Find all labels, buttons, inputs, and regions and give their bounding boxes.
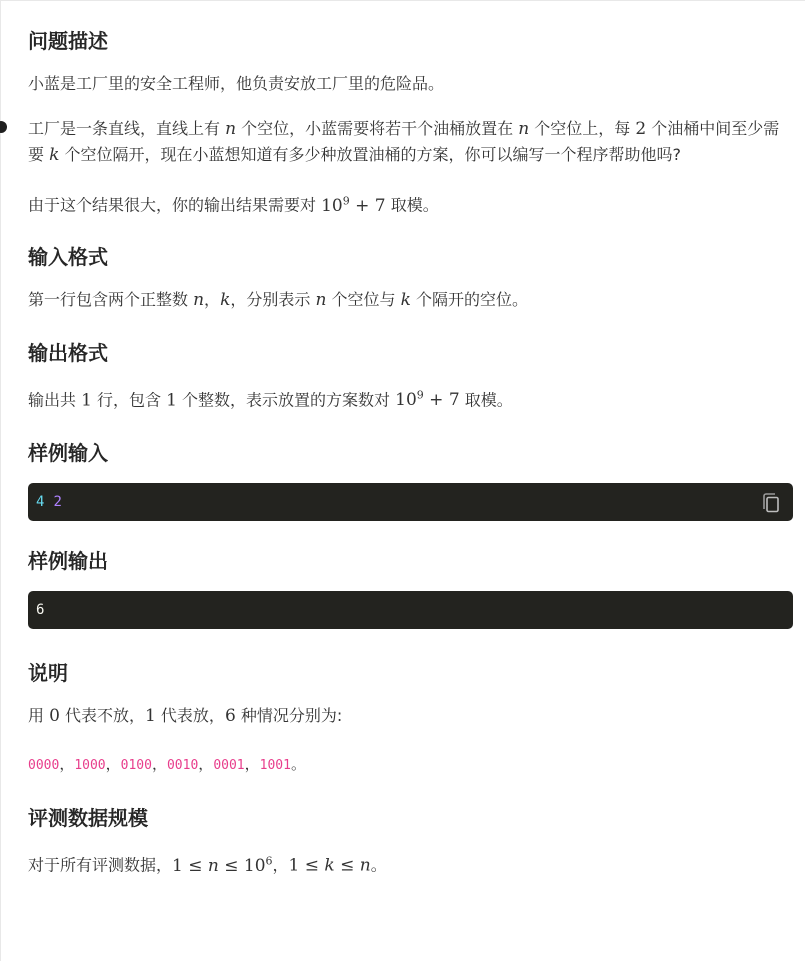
math-var: k [220,290,230,310]
output-format-paragraph: 输出共 1 行，包含 1 个整数，表示放置的方案数对 109 + 7 取模。 [28,383,793,414]
sample-output-code-block[interactable]: 6 [28,591,793,629]
math-num: 1 [145,706,156,726]
plus: + 7 [350,196,386,216]
text: 种情况分别为: [236,706,342,725]
exponent: 6 [266,854,273,867]
math-num: 2 [635,119,646,139]
case-code: 1001 [260,758,291,773]
exponent: 9 [417,389,424,402]
sample-output-value: 6 [36,602,44,618]
text: 个空位与 [326,290,400,309]
bullet-dot [0,121,7,133]
text: ≤ [335,856,360,876]
text: 个整数，表示放置的方案数对 [177,390,395,409]
text: ，分别表示 [230,290,315,309]
separator: ， [245,755,260,773]
var-k: k [324,856,334,876]
input-format-paragraph: 第一行包含两个正整数 n，k，分别表示 n 个空位与 k 个隔开的空位。 [28,287,793,313]
var-n: n [225,119,236,139]
text: 。 [371,856,387,875]
math-var: k [401,290,411,310]
period: 。 [291,755,306,773]
var-n: n [315,290,326,310]
var-n: n [208,856,219,876]
var-k: k [401,290,411,310]
math-var: n [225,119,236,139]
text: 取模。 [386,196,439,215]
text: 代表不放， [60,706,145,725]
var-n: n [518,119,529,139]
math-var: n [315,290,326,310]
separator: ， [106,755,121,773]
var-n: n [193,290,204,310]
text: ， [204,290,220,309]
math-modulus: 109 + 7 [321,196,386,216]
math-num: 0 [49,706,60,726]
copy-button[interactable] [761,492,781,514]
base: 10 [321,196,343,216]
var-k: k [220,290,230,310]
separator: ， [152,755,167,773]
description-paragraph-2: 工厂是一条直线，直线上有 n 个空位，小蓝需要将若干个油桶放置在 n 个空位上，… [28,116,793,168]
section-title-constraints: 评测数据规模 [28,804,793,832]
text: 个空位上，每 [529,119,635,138]
base: 10 [395,390,417,410]
math-modulus: 109 + 7 [395,390,460,410]
separator: ， [59,755,74,773]
text: 工厂是一条直线，直线上有 [28,119,225,138]
text: 1 ≤ [289,856,325,876]
text: ≤ 10 [219,856,266,876]
section-title-explanation: 说明 [28,659,793,687]
case-code: 0000 [28,758,59,773]
section-title-description: 问题描述 [28,27,793,55]
math-constraint-k: 1 ≤ k ≤ n [289,856,371,876]
sample-input-value-n: 4 [36,494,44,510]
text: 个空位隔开，现在小蓝想知道有多少种放置油桶的方案，你可以编写一个程序帮助他吗? [59,145,681,164]
description-paragraph-3: 由于这个结果很大，你的输出结果需要对 109 + 7 取模。 [28,188,793,219]
explanation-paragraph: 用 0 代表不放，1 代表放，6 种情况分别为: [28,703,793,729]
sample-input-code-block[interactable]: 4 2 [28,483,793,521]
constraints-paragraph: 对于所有评测数据，1 ≤ n ≤ 106，1 ≤ k ≤ n。 [28,848,793,879]
text: 输出共 [28,390,81,409]
var-k: k [49,145,59,165]
case-code: 0100 [121,758,152,773]
text: ， [273,856,289,875]
math-num: 6 [225,706,236,726]
var-n: n [360,856,371,876]
case-code: 1000 [74,758,105,773]
case-code: 0010 [167,758,198,773]
text: 取模。 [460,390,513,409]
explanation-cases: 0000，1000，0100，0010，0001，1001。 [28,751,793,778]
math-constraint-n: 1 ≤ n ≤ 106 [172,856,273,876]
math-var: k [49,145,59,165]
exponent: 9 [343,194,350,207]
text: 对于所有评测数据， [28,856,172,875]
problem-content: 问题描述 小蓝是工厂里的安全工程师，他负责安放工厂里的危险品。 工厂是一条直线，… [28,27,793,899]
section-title-sample-output: 样例输出 [28,547,793,575]
math-num: 1 [166,390,177,410]
math-var: n [193,290,204,310]
text: 由于这个结果很大，你的输出结果需要对 [28,196,321,215]
math-var: n [518,119,529,139]
text: 代表放， [156,706,225,725]
text: 用 [28,706,49,725]
text: 第一行包含两个正整数 [28,290,193,309]
sample-input-value-k: 2 [53,494,61,510]
text: 1 ≤ [172,856,208,876]
section-title-input-format: 输入格式 [28,243,793,271]
math-num: 1 [81,390,92,410]
text: 个空位，小蓝需要将若干个油桶放置在 [236,119,518,138]
separator: ， [198,755,213,773]
plus: + 7 [424,390,460,410]
section-title-output-format: 输出格式 [28,339,793,367]
copy-icon [761,492,781,514]
text: 个隔开的空位。 [411,290,528,309]
description-paragraph-1: 小蓝是工厂里的安全工程师，他负责安放工厂里的危险品。 [28,71,793,96]
text: 行，包含 [92,390,166,409]
case-code: 0001 [213,758,244,773]
section-title-sample-input: 样例输入 [28,439,793,467]
problem-page: 问题描述 小蓝是工厂里的安全工程师，他负责安放工厂里的危险品。 工厂是一条直线，… [0,0,805,961]
